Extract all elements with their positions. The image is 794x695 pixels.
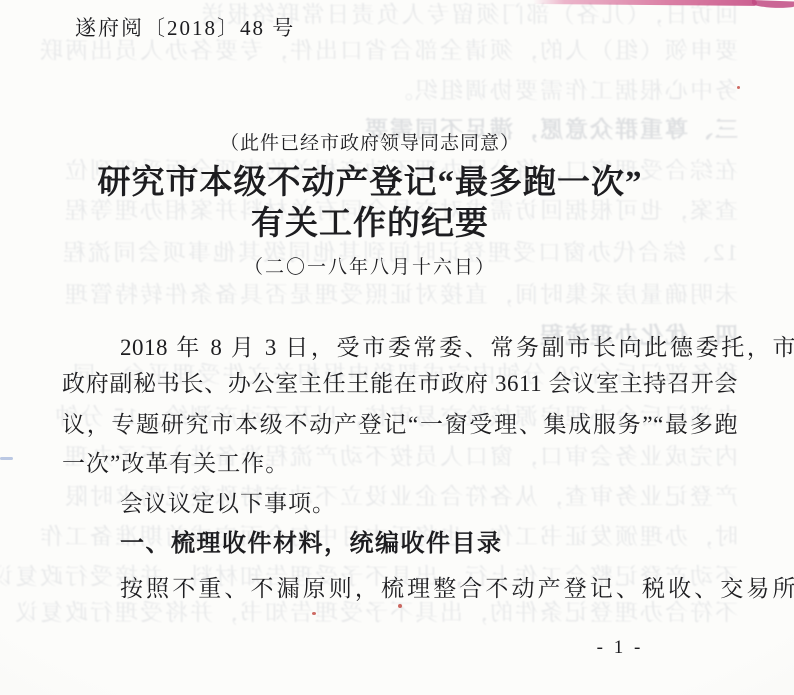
body-line: 一次”改革有关工作。: [62, 449, 738, 479]
page-number: - 1 -: [560, 637, 680, 659]
document-date: （二〇一八年八月十六日）: [30, 252, 710, 279]
scan-artifact-pink-streak: [533, 0, 757, 6]
bleedthrough-line: 未明确量房采集时间，直接对证照受理是否具备条件转特管理: [0, 280, 794, 310]
body-line: 按照不重、不漏原则，梳理整合不动产登记、税收、交易所: [62, 574, 794, 604]
scan-artifact-red-speck: [312, 612, 316, 615]
approval-note: （此件已经市政府领导同志同意）: [30, 128, 710, 155]
scan-artifact-red-speck: [737, 86, 740, 89]
body-line: 议，专题研究市本级不动产登记“一窗受理、集成服务”“最多跑: [62, 410, 738, 440]
scan-artifact-blue-dash: [0, 457, 13, 460]
body-line: 会议议定以下事项。: [62, 489, 794, 519]
document-number: 遂府阅〔2018〕48 号: [75, 12, 295, 42]
scan-artifact-red-speck: [398, 604, 402, 608]
body-line: 2018 年 8 月 3 日，受市委常委、常务副市长向此德委托，市: [62, 333, 794, 363]
scan-artifact-pink-streak-end: [752, 0, 794, 9]
document-title-line1: 研究市本级不动产登记“最多跑一次”: [30, 163, 710, 203]
section-heading: 一、梳理收件材料，统编收件目录: [62, 529, 794, 559]
scanned-document-page: 回访日，（儿各）部门须留专人负责日常联络报送要申领（组）人的，须请全部合省口出件…: [0, 0, 794, 695]
document-title-line2: 有关工作的纪要: [30, 204, 710, 244]
bleedthrough-line: 务中心根据工作需要协调组织。: [0, 76, 794, 106]
body-line: 政府副秘书长、办公室主任王能在市政府 3611 会议室主持召开会: [62, 369, 738, 399]
